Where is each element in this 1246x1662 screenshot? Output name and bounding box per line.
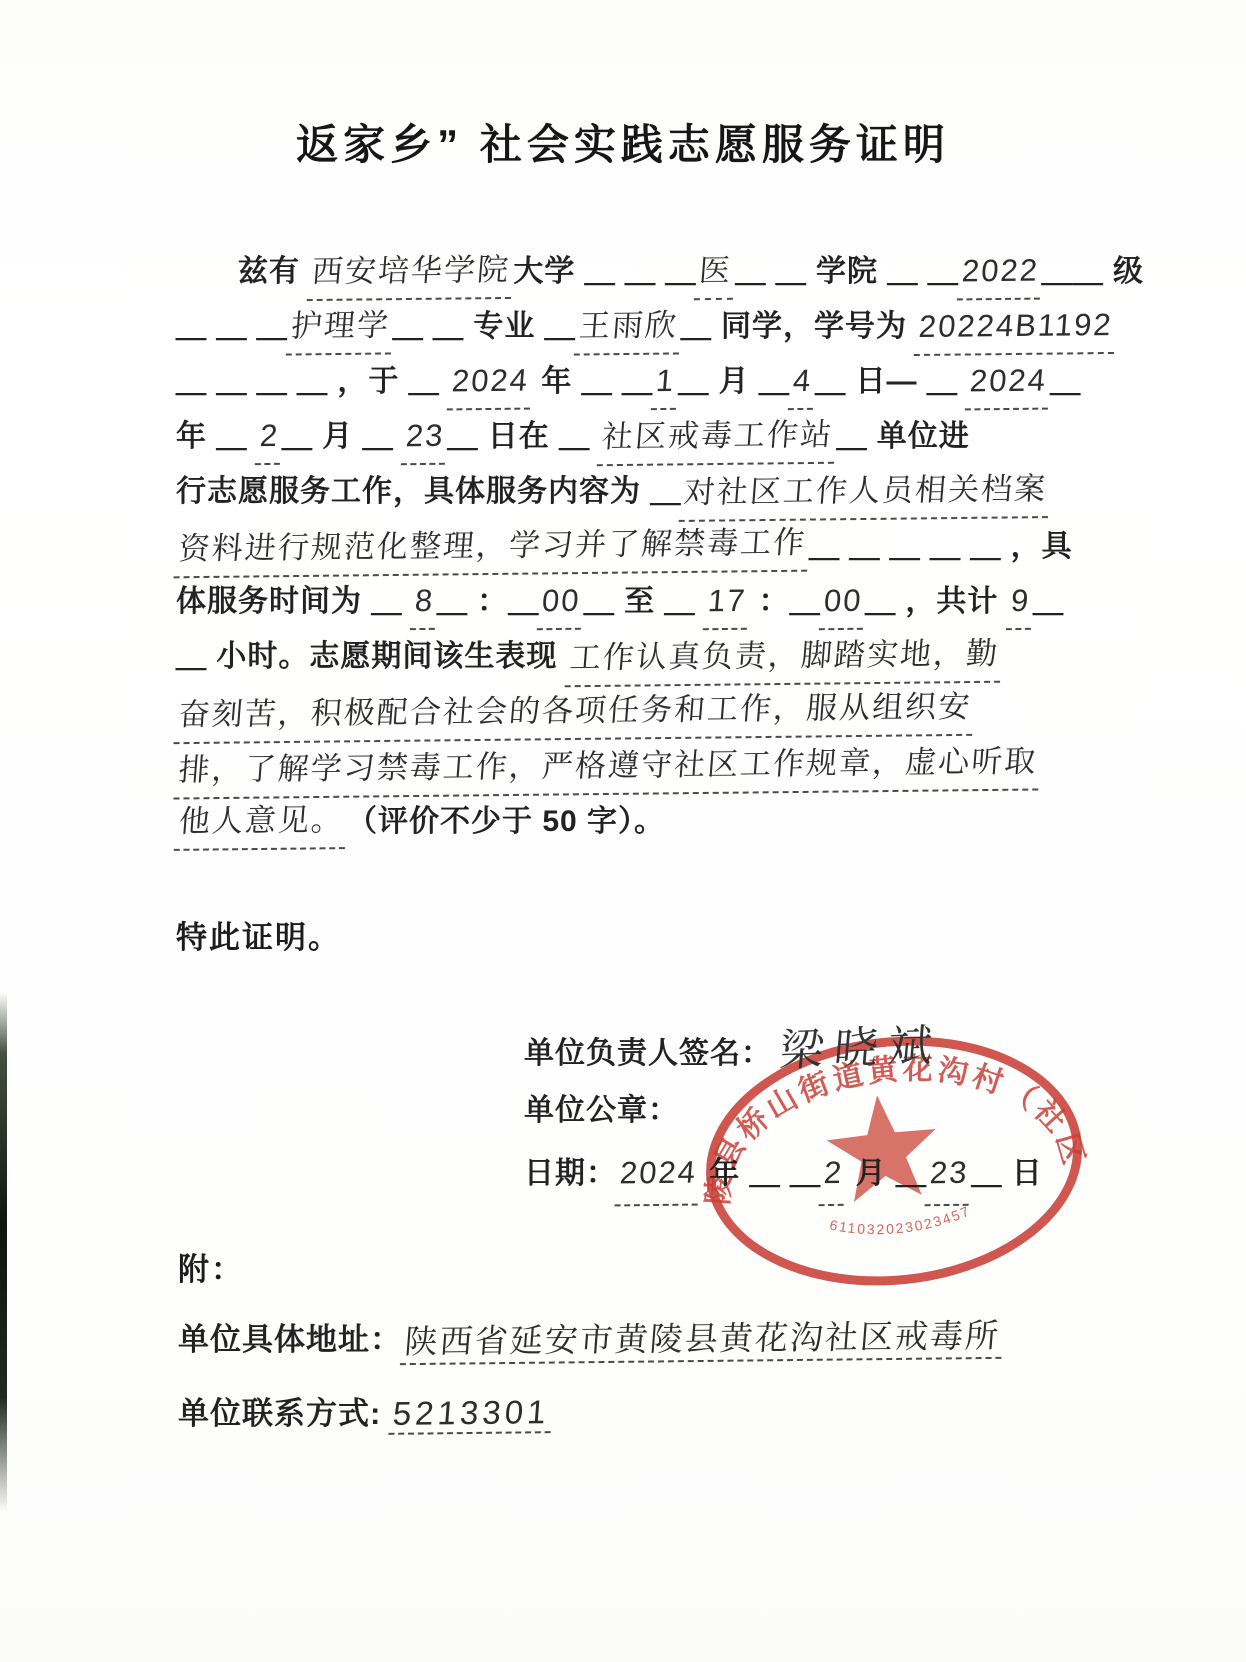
certify-statement: 特此证明。: [176, 912, 341, 957]
unit-phone-handwriting: 5213301: [388, 1393, 554, 1435]
body-line: 他人意见。（评价不少于 50 字）。: [176, 793, 1076, 848]
printed-text: 大学 ＿ ＿ ＿: [513, 255, 696, 288]
handwritten-text: 1: [651, 353, 681, 410]
printed-text: ＿ 日在 ＿: [447, 420, 599, 453]
printed-text: ＿ 日: [971, 1157, 1042, 1190]
scanned-certificate-page: 返家乡” 社会实践志愿服务证明 兹有 西安培华学院大学 ＿ ＿ ＿医＿ ＿ 学院…: [0, 0, 1246, 1662]
handwritten-text: 排，了解学习禁毒工作，严格遵守社区工作规章，虚心听取: [173, 733, 1042, 799]
handwritten-text: 00: [537, 573, 586, 630]
handwritten-text: 17: [703, 573, 752, 630]
scan-edge-artifact: [0, 992, 7, 1512]
unit-phone-label: 单位联系方式:: [178, 1396, 381, 1431]
handwritten-text: 23: [401, 408, 450, 465]
printed-text: ＿ ，共计: [865, 585, 1008, 618]
printed-text: 兹有: [176, 255, 309, 288]
printed-text: ＿ ＿ ＿ ＿ ，于 ＿: [176, 365, 449, 398]
printed-text: 月 ＿: [846, 1157, 927, 1190]
printed-text: ＿ 月 ＿: [282, 420, 403, 453]
printed-text: ＿ 同学，学号为: [681, 310, 917, 343]
handwritten-text: 奋刻苦，积极配合社会的各项任务和工作，服从组织安: [173, 679, 976, 744]
handwritten-text: 对社区工作人员相关档案: [679, 461, 1053, 522]
handwritten-text: 23: [924, 1142, 973, 1206]
body-line: 排，了解学习禁毒工作，严格遵守社区工作规章，虚心听取: [176, 738, 1076, 793]
leader-signature-label: 单位负责人签名：: [524, 1037, 772, 1070]
handwritten-text: 8: [409, 573, 439, 630]
leader-signature-line: 单位负责人签名：梁晓斌: [524, 1018, 1043, 1080]
handwritten-text: 护理学: [285, 297, 394, 355]
printed-text: 单位具体地址：: [178, 1322, 402, 1357]
footer-block: 附： 单位具体地址：陕西省延安市黄陵县黄花沟社区戒毒所 单位联系方式: 5213…: [178, 1244, 1003, 1460]
printed-text: ＿ ：＿: [437, 585, 539, 618]
printed-text: 年 ＿: [176, 420, 257, 453]
body-line: ＿ 小时。志愿期间该生表现 工作认真负责，脚踏实地，勤: [176, 628, 1076, 683]
printed-text: ＿ ＿ ＿ ＿ ＿ ，具: [809, 530, 1073, 563]
body-line: 兹有 西安培华学院大学 ＿ ＿ ＿医＿ ＿ 学院 ＿ ＿2022＿＿ 级: [176, 243, 1076, 298]
seal-serial-number: 611032023023457: [827, 1202, 975, 1244]
body-line: ＿ ＿ ＿ ＿ ，于 ＿ 2024 年 ＿ ＿1＿ 月 ＿4＿ 日— ＿ 202…: [176, 353, 1076, 408]
printed-text: ＿ ＿ 专业 ＿: [393, 310, 576, 343]
unit-address-line: 单位具体地址：陕西省延安市黄陵县黄花沟社区戒毒所: [178, 1313, 1003, 1362]
signature-block: 单位负责人签名：梁晓斌 单位公章： 日期：2024 年 ＿ ＿2 月 ＿23＿ …: [524, 1018, 1043, 1204]
printed-text: 体服务时间为 ＿: [176, 585, 412, 618]
printed-text: ＿ ＿ ＿: [176, 310, 288, 343]
body-line: 年 ＿ 2＿ 月 ＿ 23＿ 日在 ＿ 社区戒毒工作站＿ 单位进: [176, 408, 1076, 463]
handwritten-text: 医: [694, 243, 737, 300]
handwritten-text: 社区戒毒工作站: [597, 407, 839, 466]
attachment-label: 附：: [178, 1244, 1003, 1289]
handwritten-text: 2024: [447, 353, 534, 411]
unit-phone-line: 单位联系方式: 5213301: [178, 1388, 1003, 1434]
body-line: 体服务时间为 ＿ 8＿ ：＿00＿ 至 ＿ 17 ：＿00＿ ，共计 9＿: [176, 573, 1076, 628]
printed-text: ＿ 小时。志愿期间该生表现: [176, 640, 567, 673]
handwritten-text: 2022: [956, 243, 1043, 301]
handwritten-text: 2: [819, 1142, 849, 1206]
date-line: 日期：2024 年 ＿ ＿2 月 ＿23＿ 日: [524, 1142, 1043, 1204]
printed-text: ＿＿ 级: [1042, 255, 1144, 288]
printed-text: ＿ ＿ 学院 ＿ ＿: [735, 255, 958, 288]
handwritten-text: 2: [254, 408, 284, 465]
unit-seal-label: 单位公章：: [524, 1094, 679, 1127]
handwritten-text: 西安培华学院: [307, 242, 516, 301]
handwritten-text: 他人意见。: [174, 792, 350, 851]
printed-text: ＿ 单位进: [836, 420, 969, 453]
printed-text: ＿: [1050, 365, 1081, 398]
printed-text: 年 ＿ ＿: [532, 365, 653, 398]
certificate-body: 兹有 西安培华学院大学 ＿ ＿ ＿医＿ ＿ 学院 ＿ ＿2022＿＿ 级＿ ＿ …: [176, 243, 1076, 848]
handwritten-text: 资料进行规范化整理，学习并了解禁毒工作: [174, 515, 812, 579]
printed-text: 年 ＿ ＿: [700, 1157, 821, 1190]
printed-text: ＿ 至 ＿: [584, 585, 705, 618]
handwritten-text: 00: [818, 573, 867, 630]
body-line: 奋刻苦，积极配合社会的各项任务和工作，服从组织安: [176, 683, 1076, 738]
document-title: 返家乡” 社会实践志愿服务证明: [0, 112, 1246, 172]
body-line: ＿ ＿ ＿护理学＿ ＿ 专业 ＿王雨欣＿ 同学，学号为 20224B1192: [176, 298, 1076, 353]
handwritten-text: 4: [788, 353, 818, 410]
leader-signature-handwriting: 梁晓斌: [769, 1015, 948, 1083]
unit-seal-line: 单位公章：: [524, 1080, 1043, 1142]
printed-text: （评价不少于 50 字）。: [347, 805, 665, 838]
printed-text: ＿ 日— ＿: [815, 365, 967, 398]
handwritten-text: 2024: [614, 1142, 702, 1207]
printed-text: ＿ 月 ＿: [678, 365, 790, 398]
body-line: 资料进行规范化整理，学习并了解禁毒工作＿ ＿ ＿ ＿ ＿ ，具: [176, 518, 1076, 573]
handwritten-text: 20224B1192: [914, 297, 1118, 356]
handwritten-text: 陕西省延安市黄陵县黄花沟社区戒毒所: [400, 1310, 1005, 1365]
body-line: 行志愿服务工作，具体服务内容为 ＿对社区工作人员相关档案: [176, 463, 1076, 518]
printed-text: 行志愿服务工作，具体服务内容为 ＿: [176, 475, 681, 508]
printed-text: ＿: [1033, 585, 1064, 618]
printed-text: ：＿: [749, 585, 820, 618]
handwritten-text: 9: [1006, 573, 1036, 630]
handwritten-text: 工作认真负责，脚踏实地，勤: [564, 626, 1004, 688]
handwritten-text: 王雨欣: [573, 297, 682, 355]
handwritten-text: 2024: [965, 353, 1052, 411]
printed-text: 日期：: [524, 1157, 617, 1190]
